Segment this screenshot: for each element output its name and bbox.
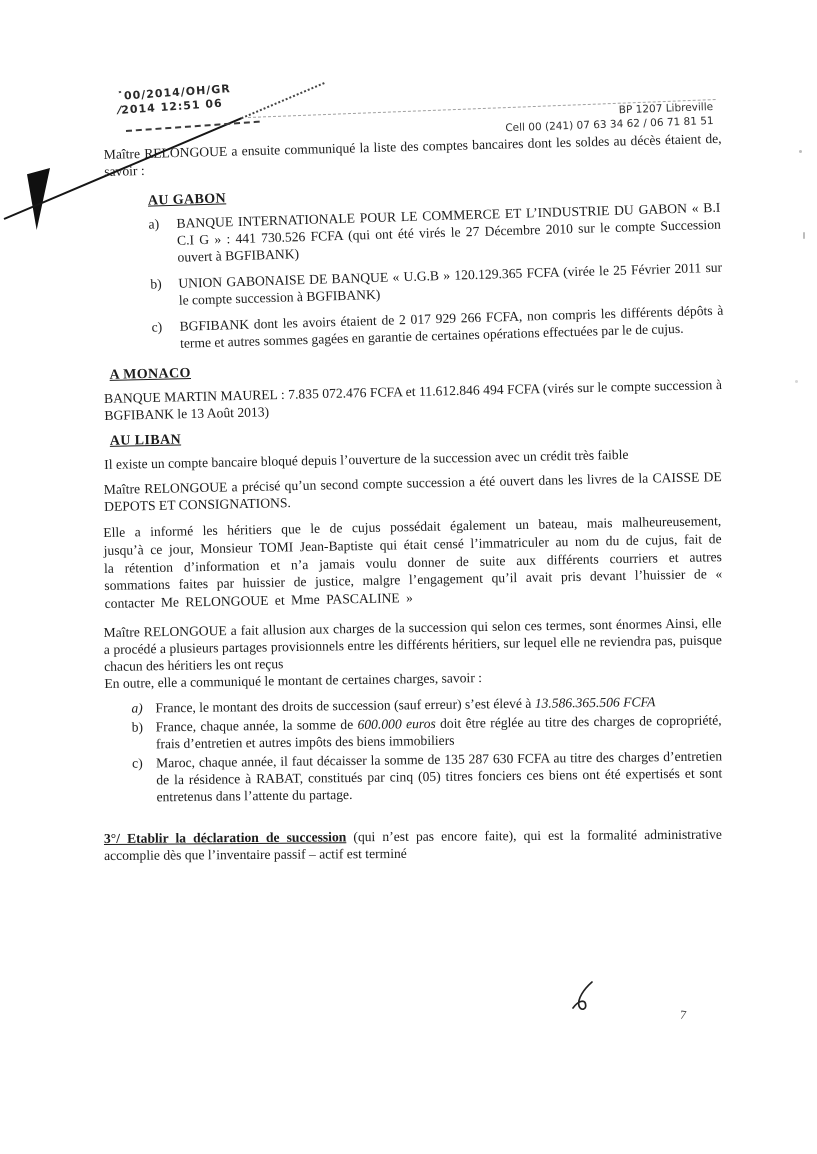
list-item-text: France, chaque année, la somme de 600.00… <box>156 711 722 752</box>
scanned-document-page: ˟00/2014/OH/GR ⁄2014 12:51 06 BP 1207 Li… <box>0 0 817 1154</box>
list-item-text: UNION GABONAISE DE BANQUE « U.G.B » 120.… <box>178 259 723 309</box>
fax-stamp: ˟00/2014/OH/GR ⁄2014 12:51 06 <box>117 82 232 118</box>
declaration-paragraph: 3°/ Etablir la déclaration de succession… <box>104 826 722 864</box>
list-marker: b) <box>150 275 179 310</box>
scan-artifact <box>799 150 802 153</box>
amount-italic: 600.000 euros <box>357 716 435 732</box>
list-marker: a) <box>131 699 155 716</box>
bateau-paragraph: Elle a informé les héritiers que le de c… <box>103 512 723 613</box>
document-body: Maître RELONGOUE a ensuite communiqué la… <box>104 146 722 864</box>
list-marker: b) <box>132 718 156 752</box>
list-marker: a) <box>148 215 178 267</box>
list-item-gabon-b: b) UNION GABONAISE DE BANQUE « U.G.B » 1… <box>104 259 723 311</box>
charge-item-france-annuel: b) France, chaque année, la somme de 600… <box>104 711 722 753</box>
scan-artifact <box>795 380 798 383</box>
list-item-gabon-a: a) BANQUE INTERNATIONALE POUR LE COMMERC… <box>102 199 721 268</box>
monaco-paragraph: BANQUE MARTIN MAUREL : 7.835 072.476 FCF… <box>104 376 723 424</box>
list-item-text: Maroc, chaque année, il faut décaisser l… <box>156 747 723 805</box>
amount-italic: 13.586.365.506 FCFA <box>535 694 656 710</box>
list-marker: c) <box>151 318 180 353</box>
handwritten-mark <box>568 980 600 1023</box>
list-marker: c) <box>132 754 157 805</box>
liban-paragraph: Il existe un compte bancaire bloqué depu… <box>104 444 722 473</box>
scan-artifact <box>803 232 805 239</box>
list-item-gabon-c: c) BGFIBANK dont les avoirs étaient de 2… <box>105 302 724 354</box>
charge-item-maroc: c) Maroc, chaque année, il faut décaisse… <box>104 747 723 806</box>
second-compte-paragraph: Maître RELONGOUE a précisé qu’un second … <box>104 468 723 515</box>
page-number: 7 <box>679 1008 687 1024</box>
stamp-underline <box>126 121 260 132</box>
list-item-text: BANQUE INTERNATIONALE POUR LE COMMERCE E… <box>176 199 721 266</box>
declaration-heading: 3°/ Etablir la déclaration de succession <box>104 829 346 846</box>
list-item-text: BGFIBANK dont les avoirs étaient de 2 01… <box>179 302 724 352</box>
